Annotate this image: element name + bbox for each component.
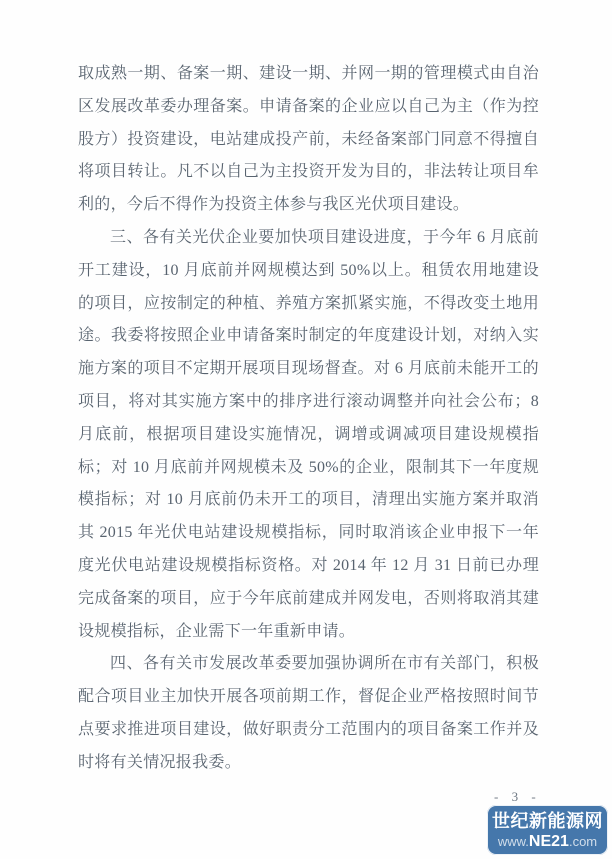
document-body: 取成熟一期、备案一期、建设一期、并网一期的管理模式由自治区发展改革委办理备案。申… xyxy=(78,58,539,780)
page-number: - 3 - xyxy=(494,789,541,805)
paragraph-item-4: 四、各有关市发展改革委要加强协调所在市有关部门，积极配合项目业主加快开展各项前期… xyxy=(78,648,539,779)
watermark-url-suffix: .com xyxy=(569,834,597,849)
paragraph-continuation: 取成熟一期、备案一期、建设一期、并网一期的管理模式由自治区发展改革委办理备案。申… xyxy=(78,58,539,222)
watermark-url-brand: NE21 xyxy=(529,833,569,850)
watermark-badge: 世纪新能源网 www.NE21.com xyxy=(487,805,608,855)
watermark-url-prefix: www. xyxy=(498,834,529,849)
paragraph-item-3: 三、各有关光伏企业要加快项目建设进度，于今年 6 月底前开工建设，10 月底前并… xyxy=(78,222,539,648)
watermark-url: www.NE21.com xyxy=(487,833,608,851)
document-page: 取成熟一期、备案一期、建设一期、并网一期的管理模式由自治区发展改革委办理备案。申… xyxy=(0,0,612,859)
watermark-site-name: 世纪新能源网 xyxy=(487,809,608,833)
